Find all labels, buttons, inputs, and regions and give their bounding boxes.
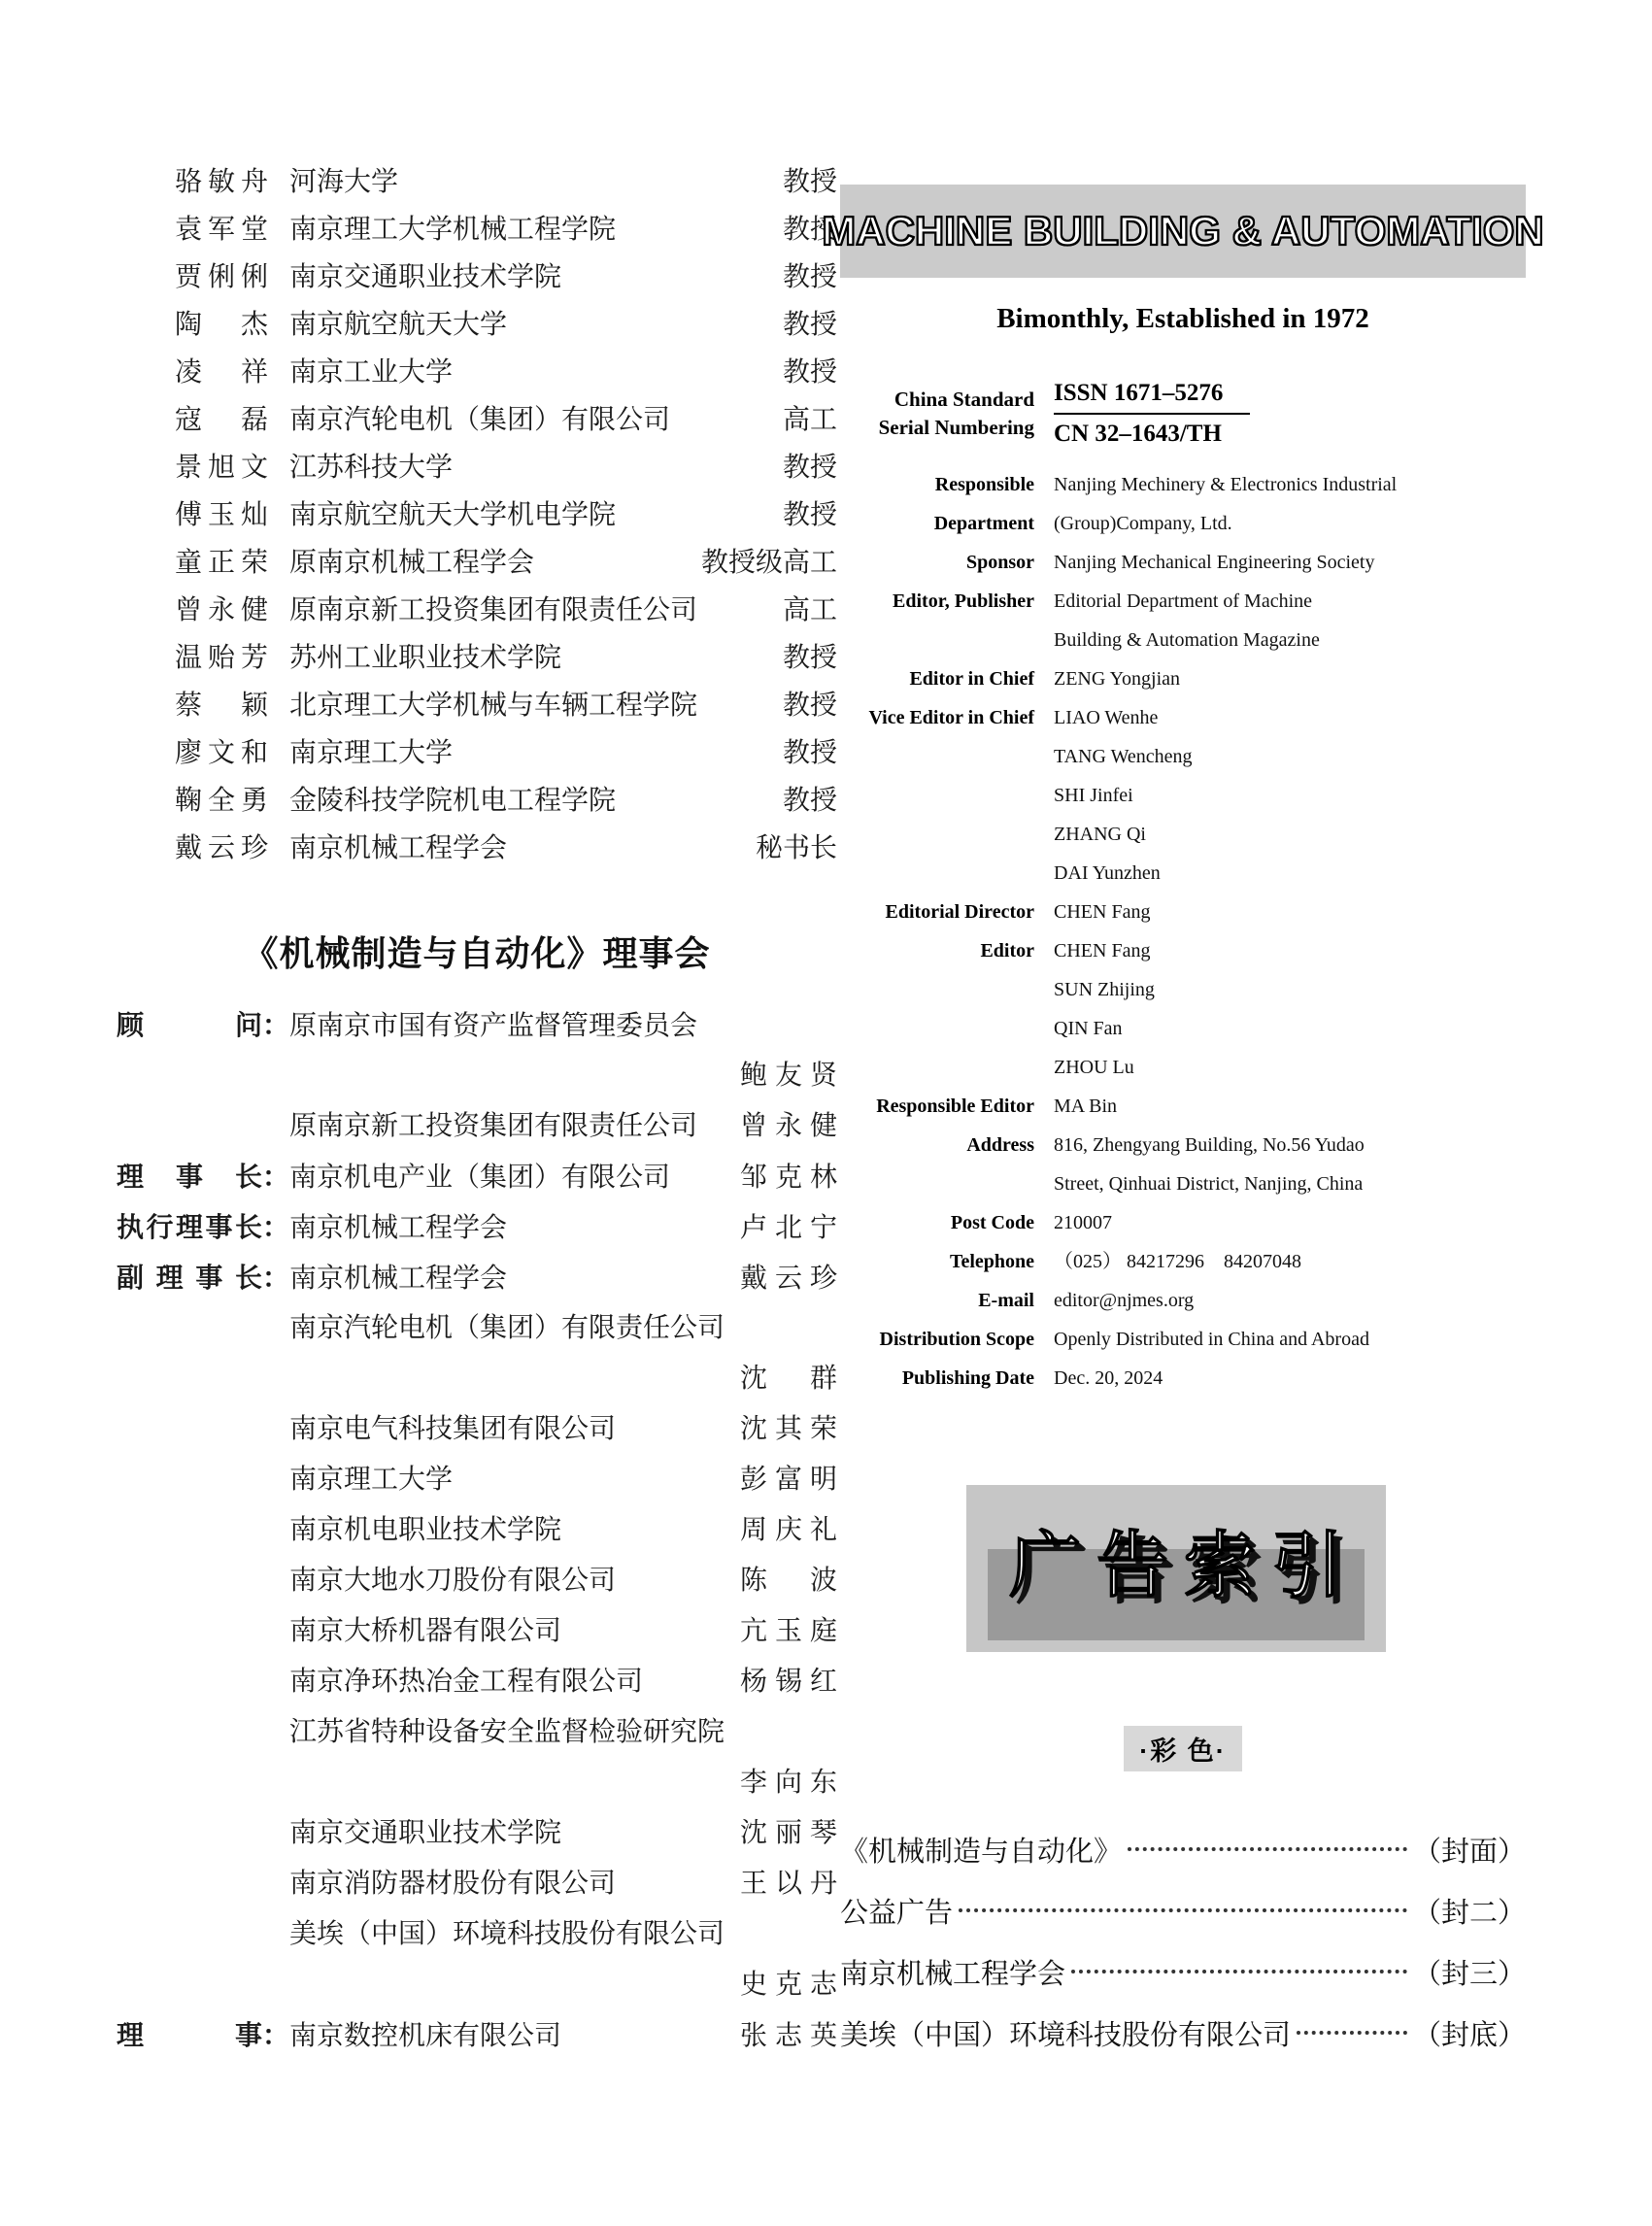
council-person-name: 李向东 — [740, 1758, 837, 1808]
journal-info-row: Address 816, Zhengyang Building, No.56 Y… — [840, 1126, 1526, 1203]
board-member-row: 傅玉灿 南京航空航天大学机电学院 教授 — [117, 491, 837, 539]
member-name: 寇磊 — [175, 396, 268, 444]
council-row: 南京消防器材股份有限公司 王以丹 — [117, 1859, 837, 1909]
council-role-colon: ： — [262, 1253, 289, 1303]
info-value-line: Openly Distributed in China and Abroad — [1054, 1320, 1369, 1359]
serial-numbering-values: ISSN 1671–5276 CN 32–1643/TH — [1054, 380, 1250, 448]
board-member-row: 陶杰 南京航空航天大学 教授 — [117, 301, 837, 349]
info-value-line: Dec. 20, 2024 — [1054, 1359, 1163, 1398]
info-value-line: （025） 84217296 84207048 — [1054, 1242, 1301, 1281]
council-organization: 南京消防器材股份有限公司 — [289, 1859, 740, 1909]
ad-index-row: 南京机械工程学会 （封三） — [840, 1944, 1526, 2006]
info-label: Editor in Chief — [840, 659, 1034, 698]
info-value-line: SUN Zhijing — [1054, 970, 1155, 1009]
board-member-row: 温贻芳 苏州工业职业技术学院 教授 — [117, 634, 837, 682]
info-value-line: ZENG Yongjian — [1054, 659, 1180, 698]
council-role-label: 理事长 — [117, 1152, 262, 1202]
board-member-row: 童正荣 原南京机械工程学会 教授级高工 — [117, 539, 837, 587]
info-values: 210007 — [1054, 1203, 1112, 1242]
member-organization: 江苏科技大学 — [289, 444, 783, 491]
board-member-row: 景旭文 江苏科技大学 教授 — [117, 444, 837, 491]
member-title: 高工 — [783, 396, 837, 444]
serial-numbering-label: China Standard Serial Numbering — [840, 386, 1034, 442]
info-label: Editorial Director — [840, 893, 1034, 931]
council-organization: 南京汽轮电机（集团）有限责任公司 — [289, 1303, 740, 1354]
board-member-row: 寇磊 南京汽轮电机（集团）有限公司 高工 — [117, 396, 837, 444]
info-value-line: LIAO Wenhe — [1054, 698, 1193, 737]
member-title: 教授 — [783, 777, 837, 825]
journal-info-row: Sponsor Nanjing Mechanical Engineering S… — [840, 543, 1526, 582]
color-section-label: ·彩 色· — [1124, 1726, 1241, 1771]
member-name: 骆敏舟 — [175, 158, 268, 206]
council-role-colon: ： — [262, 1152, 289, 1202]
info-value-line: Nanjing Mechinery & Electronics Industri… — [1054, 465, 1397, 504]
left-column: 骆敏舟 河海大学 教授 袁军堂 南京理工大学机械工程学院 教授 贾俐俐 南京交通… — [117, 158, 837, 2061]
ad-index-list: 《机械制造与自动化》 （封面） 公益广告 （封二） 南京机械工程学会 （封三） — [840, 1822, 1526, 2067]
council-organization: 南京净环热冶金工程有限公司 — [289, 1657, 740, 1707]
council-organization: 南京机电产业（集团）有限公司 — [289, 1153, 740, 1203]
council-row: 顾问 ： 原南京市国有资产监督管理委员会 — [117, 1000, 837, 1051]
journal-info-row: Distribution Scope Openly Distributed in… — [840, 1320, 1526, 1359]
info-label: Sponsor — [840, 543, 1034, 582]
ad-index-title: 广告索引 — [966, 1508, 1386, 1611]
journal-logo-text: MACHINE BUILDING & AUTOMATION — [822, 208, 1544, 254]
board-member-row: 曾永健 原南京新工投资集团有限责任公司 高工 — [117, 587, 837, 634]
council-row: 江苏省特种设备安全监督检验研究院 — [117, 1707, 837, 1758]
council-role-colon: ： — [262, 1202, 289, 1253]
member-title: 教授 — [783, 444, 837, 491]
info-value-line: TANG Wencheng — [1054, 737, 1193, 776]
info-values: LIAO Wenhe TANG Wencheng SHI Jinfei ZHAN… — [1054, 698, 1193, 893]
council-organization: 南京机械工程学会 — [289, 1203, 740, 1254]
member-name: 曾永健 — [175, 587, 268, 634]
ad-name: 《机械制造与自动化》 — [840, 1822, 1122, 1883]
member-name: 傅玉灿 — [175, 491, 268, 539]
council-person-name: 沈其荣 — [740, 1404, 837, 1455]
board-member-row: 廖文和 南京理工大学 教授 — [117, 729, 837, 777]
info-label: Vice Editor in Chief — [840, 698, 1034, 893]
info-values: 816, Zhengyang Building, No.56 Yudao Str… — [1054, 1126, 1365, 1203]
info-label: Responsible Department — [840, 465, 1034, 543]
member-organization: 原南京机械工程学会 — [289, 539, 701, 587]
member-name: 景旭文 — [175, 444, 268, 491]
journal-info-row: Responsible Editor MA Bin — [840, 1087, 1526, 1126]
council-row: 鲍友贤 — [117, 1051, 837, 1101]
info-values: Editorial Department of Machine Building… — [1054, 582, 1320, 659]
council-organization: 江苏省特种设备安全监督检验研究院 — [289, 1707, 740, 1758]
info-value-line: CHEN Fang — [1054, 893, 1150, 931]
council-person-name: 杨锡红 — [740, 1657, 837, 1707]
dot-leader — [1071, 1970, 1407, 1973]
info-label: Distribution Scope — [840, 1320, 1034, 1359]
info-value-line: DAI Yunzhen — [1054, 854, 1193, 893]
member-name: 鞠全勇 — [175, 777, 268, 825]
member-name: 陶杰 — [175, 301, 268, 349]
dot-leader — [959, 1908, 1407, 1912]
council-role-label: 副理事长 — [117, 1253, 262, 1303]
board-member-row: 袁军堂 南京理工大学机械工程学院 教授 — [117, 206, 837, 253]
board-member-row: 骆敏舟 河海大学 教授 — [117, 158, 837, 206]
member-title: 秘书长 — [756, 825, 837, 872]
info-label: Responsible Editor — [840, 1087, 1034, 1126]
member-organization: 南京航空航天大学机电学院 — [289, 491, 783, 539]
ad-page-ref: （封底） — [1413, 2006, 1526, 2067]
issn-number: ISSN 1671–5276 — [1054, 380, 1250, 415]
info-label: E-mail — [840, 1281, 1034, 1320]
info-label: Address — [840, 1126, 1034, 1203]
member-title: 教授 — [783, 158, 837, 206]
info-value-line: 816, Zhengyang Building, No.56 Yudao — [1054, 1126, 1365, 1164]
member-organization: 原南京新工投资集团有限责任公司 — [289, 587, 783, 634]
council-row: 南京大地水刀股份有限公司 陈波 — [117, 1556, 837, 1606]
info-value-line: MA Bin — [1054, 1087, 1117, 1126]
member-organization: 北京理工大学机械与车辆工程学院 — [289, 682, 783, 729]
member-organization: 南京工业大学 — [289, 349, 783, 396]
info-value-line: CHEN Fang — [1054, 931, 1155, 970]
member-title: 高工 — [783, 587, 837, 634]
member-organization: 南京理工大学 — [289, 729, 783, 777]
journal-info-row: Vice Editor in Chief LIAO Wenhe TANG Wen… — [840, 698, 1526, 893]
council-row: 执行理事长 ： 南京机械工程学会 卢北宁 — [117, 1202, 837, 1253]
info-value-line: 210007 — [1054, 1203, 1112, 1242]
member-title: 教授 — [783, 253, 837, 301]
member-title: 教授 — [783, 349, 837, 396]
ad-index-row: 《机械制造与自动化》 （封面） — [840, 1822, 1526, 1883]
info-values: MA Bin — [1054, 1087, 1117, 1126]
info-value-line: ZHANG Qi — [1054, 815, 1193, 854]
info-values: Dec. 20, 2024 — [1054, 1359, 1163, 1398]
council-person-name: 曾永健 — [740, 1101, 837, 1152]
journal-info-row: Editor in Chief ZENG Yongjian — [840, 659, 1526, 698]
council-organization: 南京大地水刀股份有限公司 — [289, 1556, 740, 1606]
member-organization: 南京理工大学机械工程学院 — [289, 206, 783, 253]
ad-index-row: 美埃（中国）环境科技股份有限公司 （封底） — [840, 2006, 1526, 2067]
member-title: 教授 — [783, 301, 837, 349]
info-label: Publishing Date — [840, 1359, 1034, 1398]
council-person-name: 沈群 — [740, 1354, 837, 1404]
journal-info-row: Post Code 210007 — [840, 1203, 1526, 1242]
member-name: 温贻芳 — [175, 634, 268, 682]
member-organization: 南京航空航天大学 — [289, 301, 783, 349]
council-row: 南京净环热冶金工程有限公司 杨锡红 — [117, 1657, 837, 1707]
council-role-colon: ： — [262, 2010, 289, 2061]
info-values: ZENG Yongjian — [1054, 659, 1180, 698]
board-member-row: 蔡颖 北京理工大学机械与车辆工程学院 教授 — [117, 682, 837, 729]
ad-page-ref: （封面） — [1413, 1822, 1526, 1883]
info-value-line: Editorial Department of Machine — [1054, 582, 1320, 621]
council-row: 理事 ： 南京数控机床有限公司 张志英 — [117, 2010, 837, 2061]
info-value-line: Nanjing Mechanical Engineering Society — [1054, 543, 1374, 582]
council-row: 南京理工大学 彭富明 — [117, 1455, 837, 1505]
info-value-line: Street, Qinhuai District, Nanjing, China — [1054, 1164, 1365, 1203]
council-role-label: 理事 — [117, 2010, 262, 2061]
council-person-name: 亢玉庭 — [740, 1606, 837, 1657]
frequency-line: Bimonthly, Established in 1972 — [840, 303, 1526, 335]
member-title: 教授级高工 — [701, 539, 837, 587]
ad-page-ref: （封三） — [1413, 1944, 1526, 2006]
member-name: 童正荣 — [175, 539, 268, 587]
council-person-name: 张志英 — [740, 2011, 837, 2062]
journal-logo-band: MACHINE BUILDING & AUTOMATION — [840, 185, 1526, 278]
ad-page-ref: （封二） — [1413, 1883, 1526, 1944]
member-title: 教授 — [783, 491, 837, 539]
info-value-line: QIN Fan — [1054, 1009, 1155, 1048]
ad-index-banner: 广告索引 — [966, 1485, 1386, 1652]
member-organization: 南京机械工程学会 — [289, 825, 756, 872]
council-row-list: 顾问 ： 原南京市国有资产监督管理委员会 鲍友贤 原南京新工投资集团有限责任公司 — [117, 1000, 837, 2061]
journal-info-row: Editor CHEN Fang SUN Zhijing QIN Fan ZHO… — [840, 931, 1526, 1087]
journal-info-row: Editorial Director CHEN Fang — [840, 893, 1526, 931]
council-row: 原南京新工投资集团有限责任公司 曾永健 — [117, 1101, 837, 1152]
council-organization: 南京数控机床有限公司 — [289, 2011, 740, 2062]
council-row: 美埃（中国）环境科技股份有限公司 — [117, 1909, 837, 1960]
serial-label-line1: China Standard — [840, 386, 1034, 414]
journal-info-row: Responsible Department Nanjing Mechinery… — [840, 465, 1526, 543]
ad-index-row: 公益广告 （封二） — [840, 1883, 1526, 1944]
council-person-name: 戴云珍 — [740, 1254, 837, 1304]
member-title: 教授 — [783, 682, 837, 729]
council-person-name: 卢北宁 — [740, 1203, 837, 1254]
council-organization: 南京交通职业技术学院 — [289, 1808, 740, 1859]
member-organization: 金陵科技学院机电工程学院 — [289, 777, 783, 825]
serial-label-line2: Serial Numbering — [840, 414, 1034, 442]
member-organization: 苏州工业职业技术学院 — [289, 634, 783, 682]
info-label: Editor, Publisher — [840, 582, 1034, 659]
dot-leader — [1297, 2031, 1407, 2035]
council-person-name: 史克志 — [740, 1960, 837, 2010]
board-member-row: 贾俐俐 南京交通职业技术学院 教授 — [117, 253, 837, 301]
info-values: CHEN Fang SUN Zhijing QIN Fan ZHOU Lu — [1054, 931, 1155, 1087]
council-person-name: 王以丹 — [740, 1859, 837, 1909]
council-row: 南京电气科技集团有限公司 沈其荣 — [117, 1404, 837, 1455]
council-row: 南京汽轮电机（集团）有限责任公司 — [117, 1303, 837, 1354]
member-organization: 南京汽轮电机（集团）有限公司 — [289, 396, 783, 444]
journal-info-row: Telephone （025） 84217296 84207048 — [840, 1242, 1526, 1281]
board-member-row: 鞠全勇 金陵科技学院机电工程学院 教授 — [117, 777, 837, 825]
info-values: Nanjing Mechinery & Electronics Industri… — [1054, 465, 1397, 543]
info-label: Post Code — [840, 1203, 1034, 1242]
board-member-row: 凌祥 南京工业大学 教授 — [117, 349, 837, 396]
council-role-colon: ： — [262, 1000, 289, 1051]
journal-info-row: Publishing Date Dec. 20, 2024 — [840, 1359, 1526, 1398]
info-label: Editor — [840, 931, 1034, 1087]
council-row: 南京大桥机器有限公司 亢玉庭 — [117, 1606, 837, 1657]
member-name: 戴云珍 — [175, 825, 268, 872]
editorial-board-member-list: 骆敏舟 河海大学 教授 袁军堂 南京理工大学机械工程学院 教授 贾俐俐 南京交通… — [117, 158, 837, 872]
info-values: （025） 84217296 84207048 — [1054, 1242, 1301, 1281]
info-value-line: ZHOU Lu — [1054, 1048, 1155, 1087]
ad-name: 美埃（中国）环境科技股份有限公司 — [840, 2006, 1291, 2067]
ad-name: 南京机械工程学会 — [840, 1944, 1065, 2006]
info-label: Telephone — [840, 1242, 1034, 1281]
council-row: 理事长 ： 南京机电产业（集团）有限公司 邹克林 — [117, 1152, 837, 1202]
council-row: 南京机电职业技术学院 周庆礼 — [117, 1505, 837, 1556]
council-row: 副理事长 ： 南京机械工程学会 戴云珍 — [117, 1253, 837, 1303]
color-section-wrap: ·彩 色· — [840, 1726, 1526, 1771]
council-row: 南京交通职业技术学院 沈丽琴 — [117, 1808, 837, 1859]
info-values: Openly Distributed in China and Abroad — [1054, 1320, 1369, 1359]
member-organization: 南京交通职业技术学院 — [289, 253, 783, 301]
member-title: 教授 — [783, 634, 837, 682]
journal-info-row: E-mail editor@njmes.org — [840, 1281, 1526, 1320]
council-person-name: 陈波 — [740, 1556, 837, 1606]
journal-masthead-page: 骆敏舟 河海大学 教授 袁军堂 南京理工大学机械工程学院 教授 贾俐俐 南京交通… — [0, 0, 1652, 2226]
info-values: Nanjing Mechanical Engineering Society — [1054, 543, 1374, 582]
council-organization: 美埃（中国）环境科技股份有限公司 — [289, 1909, 740, 1960]
member-name: 蔡颖 — [175, 682, 268, 729]
council-person-name: 邹克林 — [740, 1153, 837, 1203]
info-value-line: (Group)Company, Ltd. — [1054, 504, 1397, 543]
council-organization: 南京机械工程学会 — [289, 1254, 740, 1304]
council-title: 《机械制造与自动化》理事会 — [117, 927, 837, 981]
council-organization: 原南京市国有资产监督管理委员会 — [289, 1001, 740, 1052]
council-person-name: 周庆礼 — [740, 1505, 837, 1556]
board-member-row: 戴云珍 南京机械工程学会 秘书长 — [117, 825, 837, 872]
right-column: MACHINE BUILDING & AUTOMATION Bimonthly,… — [840, 185, 1526, 2067]
info-value-line: editor@njmes.org — [1054, 1281, 1194, 1320]
cn-number: CN 32–1643/TH — [1054, 415, 1250, 448]
journal-info-row: Editor, Publisher Editorial Department o… — [840, 582, 1526, 659]
member-name: 贾俐俐 — [175, 253, 268, 301]
council-person-name: 鲍友贤 — [740, 1051, 837, 1101]
council-organization: 南京大桥机器有限公司 — [289, 1606, 740, 1657]
council-role-label: 执行理事长 — [117, 1202, 262, 1253]
council-role-label: 顾问 — [117, 1000, 262, 1051]
council-person-name: 沈丽琴 — [740, 1808, 837, 1859]
council-person-name: 彭富明 — [740, 1455, 837, 1505]
council-row: 沈群 — [117, 1354, 837, 1404]
member-name: 廖文和 — [175, 729, 268, 777]
council-row: 李向东 — [117, 1758, 837, 1808]
member-name: 袁军堂 — [175, 206, 268, 253]
member-name: 凌祥 — [175, 349, 268, 396]
council-organization: 南京机电职业技术学院 — [289, 1505, 740, 1556]
journal-info-list: Responsible Department Nanjing Mechinery… — [840, 465, 1526, 1398]
council-organization: 南京电气科技集团有限公司 — [289, 1404, 740, 1455]
info-values: editor@njmes.org — [1054, 1281, 1194, 1320]
member-organization: 河海大学 — [289, 158, 783, 206]
info-value-line: Building & Automation Magazine — [1054, 621, 1320, 659]
council-organization: 南京理工大学 — [289, 1455, 740, 1505]
ad-name: 公益广告 — [840, 1883, 953, 1944]
serial-numbering-block: China Standard Serial Numbering ISSN 167… — [840, 380, 1526, 448]
member-title: 教授 — [783, 729, 837, 777]
dot-leader — [1128, 1847, 1407, 1851]
council-organization: 原南京新工投资集团有限责任公司 — [289, 1101, 740, 1152]
info-values: CHEN Fang — [1054, 893, 1150, 931]
info-value-line: SHI Jinfei — [1054, 776, 1193, 815]
council-row: 史克志 — [117, 1960, 837, 2010]
